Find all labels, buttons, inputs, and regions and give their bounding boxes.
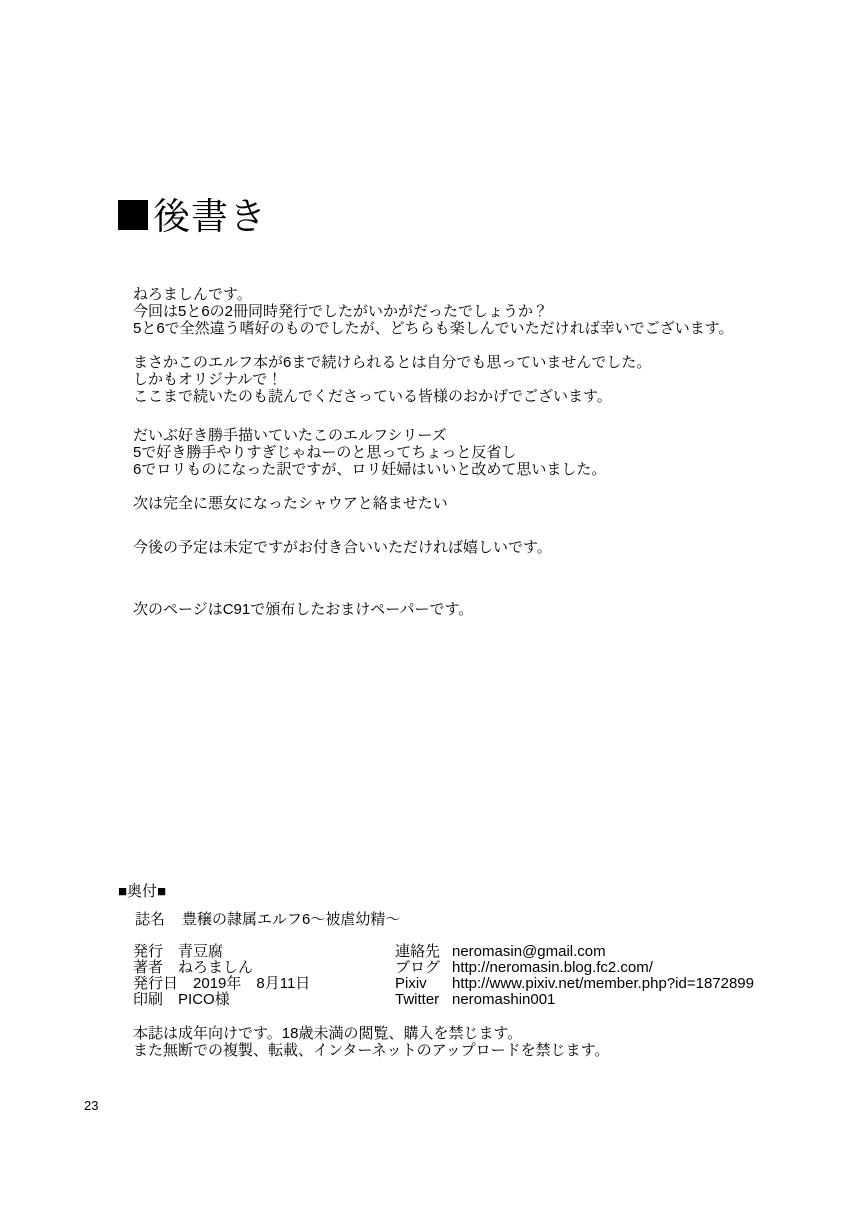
colophon-value: neromasin@gmail.com bbox=[452, 943, 606, 960]
colophon-value: http://neromasin.blog.fc2.com/ bbox=[452, 959, 653, 976]
colophon-title-value: 豊穣の隷属エルフ6～被虐幼精～ bbox=[182, 911, 400, 928]
colophon-label: 連絡先 bbox=[395, 944, 452, 960]
colophon-info: 発行青豆腐 著者ねろましん 発行日2019年 8月11日 印刷PICO様 連絡先… bbox=[133, 944, 813, 1008]
colophon-header: ■奥付■ bbox=[118, 880, 166, 901]
colophon-row: 発行青豆腐 bbox=[133, 944, 395, 960]
notice-line: また無断での複製、転載、インターネットのアップロードを禁じます。 bbox=[133, 1042, 609, 1059]
afterword-page: 後書き ねろましんです。 今回は5と6の2冊同時発行でしたがいかがだったでしょう… bbox=[0, 0, 850, 1215]
afterword-line: だいぶ好き勝手描いていたこのエルフシリーズ bbox=[133, 427, 773, 444]
colophon-label: Pixiv bbox=[395, 976, 452, 992]
colophon-value: http://www.pixiv.net/member.php?id=18728… bbox=[452, 975, 754, 992]
black-square-icon bbox=[118, 200, 148, 230]
afterword-line: 5と6で全然違う嗜好のものでしたが、どちらも楽しんでいただければ幸いでございます… bbox=[133, 320, 773, 337]
notice-line: 本誌は成年向けです。18歳未満の閲覧、購入を禁じます。 bbox=[133, 1025, 609, 1042]
page-number: 23 bbox=[84, 1098, 98, 1113]
colophon-value: PICO様 bbox=[178, 991, 230, 1008]
colophon-value: neromashin001 bbox=[452, 991, 555, 1008]
afterword-line: 5で好き勝手やりすぎじゃねーのと思ってちょっと反省し bbox=[133, 444, 773, 461]
afterword-paragraph: ねろましんです。 今回は5と6の2冊同時発行でしたがいかがだったでしょうか？ 5… bbox=[133, 286, 773, 337]
afterword-paragraph: 次のページはC91で頒布したおまけペーパーです。 bbox=[133, 601, 773, 618]
colophon-row: 著者ねろましん bbox=[133, 960, 395, 976]
colophon-row: 連絡先neromasin@gmail.com bbox=[395, 944, 754, 960]
colophon-value: ねろましん bbox=[178, 959, 253, 976]
afterword-body: ねろましんです。 今回は5と6の2冊同時発行でしたがいかがだったでしょうか？ 5… bbox=[133, 286, 773, 618]
afterword-line: ねろましんです。 bbox=[133, 286, 773, 303]
afterword-line: 今回は5と6の2冊同時発行でしたがいかがだったでしょうか？ bbox=[133, 303, 773, 320]
colophon-right-column: 連絡先neromasin@gmail.com ブログhttp://neromas… bbox=[395, 944, 754, 1008]
afterword-paragraph: だいぶ好き勝手描いていたこのエルフシリーズ 5で好き勝手やりすぎじゃねーのと思っ… bbox=[133, 427, 773, 478]
colophon-title-row: 誌名豊穣の隷属エルフ6～被虐幼精～ bbox=[135, 908, 400, 929]
afterword-paragraph: まさかこのエルフ本が6まで続けられるとは自分でも思っていませんでした。 しかもオ… bbox=[133, 354, 773, 405]
afterword-line: 今後の予定は未定ですがお付き合いいただければ嬉しいです。 bbox=[133, 539, 773, 556]
colophon-row: 発行日2019年 8月11日 bbox=[133, 976, 395, 992]
colophon-label: 発行日 bbox=[133, 976, 178, 992]
colophon-row: ブログhttp://neromasin.blog.fc2.com/ bbox=[395, 960, 754, 976]
afterword-line: 次は完全に悪女になったシャウアと絡ませたい bbox=[133, 495, 773, 512]
colophon-left-column: 発行青豆腐 著者ねろましん 発行日2019年 8月11日 印刷PICO様 bbox=[133, 944, 395, 1008]
colophon-label: ブログ bbox=[395, 960, 452, 976]
colophon-label: Twitter bbox=[395, 992, 452, 1008]
colophon-row: 印刷PICO様 bbox=[133, 992, 395, 1008]
colophon-label: 発行 bbox=[133, 944, 163, 960]
afterword-paragraph: 次は完全に悪女になったシャウアと絡ませたい bbox=[133, 495, 773, 512]
page-title: 後書き bbox=[118, 186, 267, 240]
page-title-text: 後書き bbox=[153, 186, 267, 240]
afterword-paragraph: 今後の予定は未定ですがお付き合いいただければ嬉しいです。 bbox=[133, 539, 773, 556]
afterword-line: まさかこのエルフ本が6まで続けられるとは自分でも思っていませんでした。 bbox=[133, 354, 773, 371]
colophon-value: 2019年 8月11日 bbox=[193, 975, 310, 992]
colophon-row: Twitterneromashin001 bbox=[395, 992, 754, 1008]
afterword-line: ここまで続いたのも読んでくださっている皆様のおかげでございます。 bbox=[133, 388, 773, 405]
age-restriction-notice: 本誌は成年向けです。18歳未満の閲覧、購入を禁じます。 また無断での複製、転載、… bbox=[133, 1025, 609, 1059]
afterword-line: 次のページはC91で頒布したおまけペーパーです。 bbox=[133, 601, 773, 618]
afterword-line: しかもオリジナルで！ bbox=[133, 371, 773, 388]
colophon-title-label: 誌名 bbox=[135, 908, 165, 929]
colophon-label: 印刷 bbox=[133, 992, 163, 1008]
afterword-line: 6でロリものになった訳ですが、ロリ妊婦はいいと改めて思いました。 bbox=[133, 461, 773, 478]
colophon-row: Pixivhttp://www.pixiv.net/member.php?id=… bbox=[395, 976, 754, 992]
colophon-value: 青豆腐 bbox=[178, 943, 223, 960]
colophon-label: 著者 bbox=[133, 960, 163, 976]
